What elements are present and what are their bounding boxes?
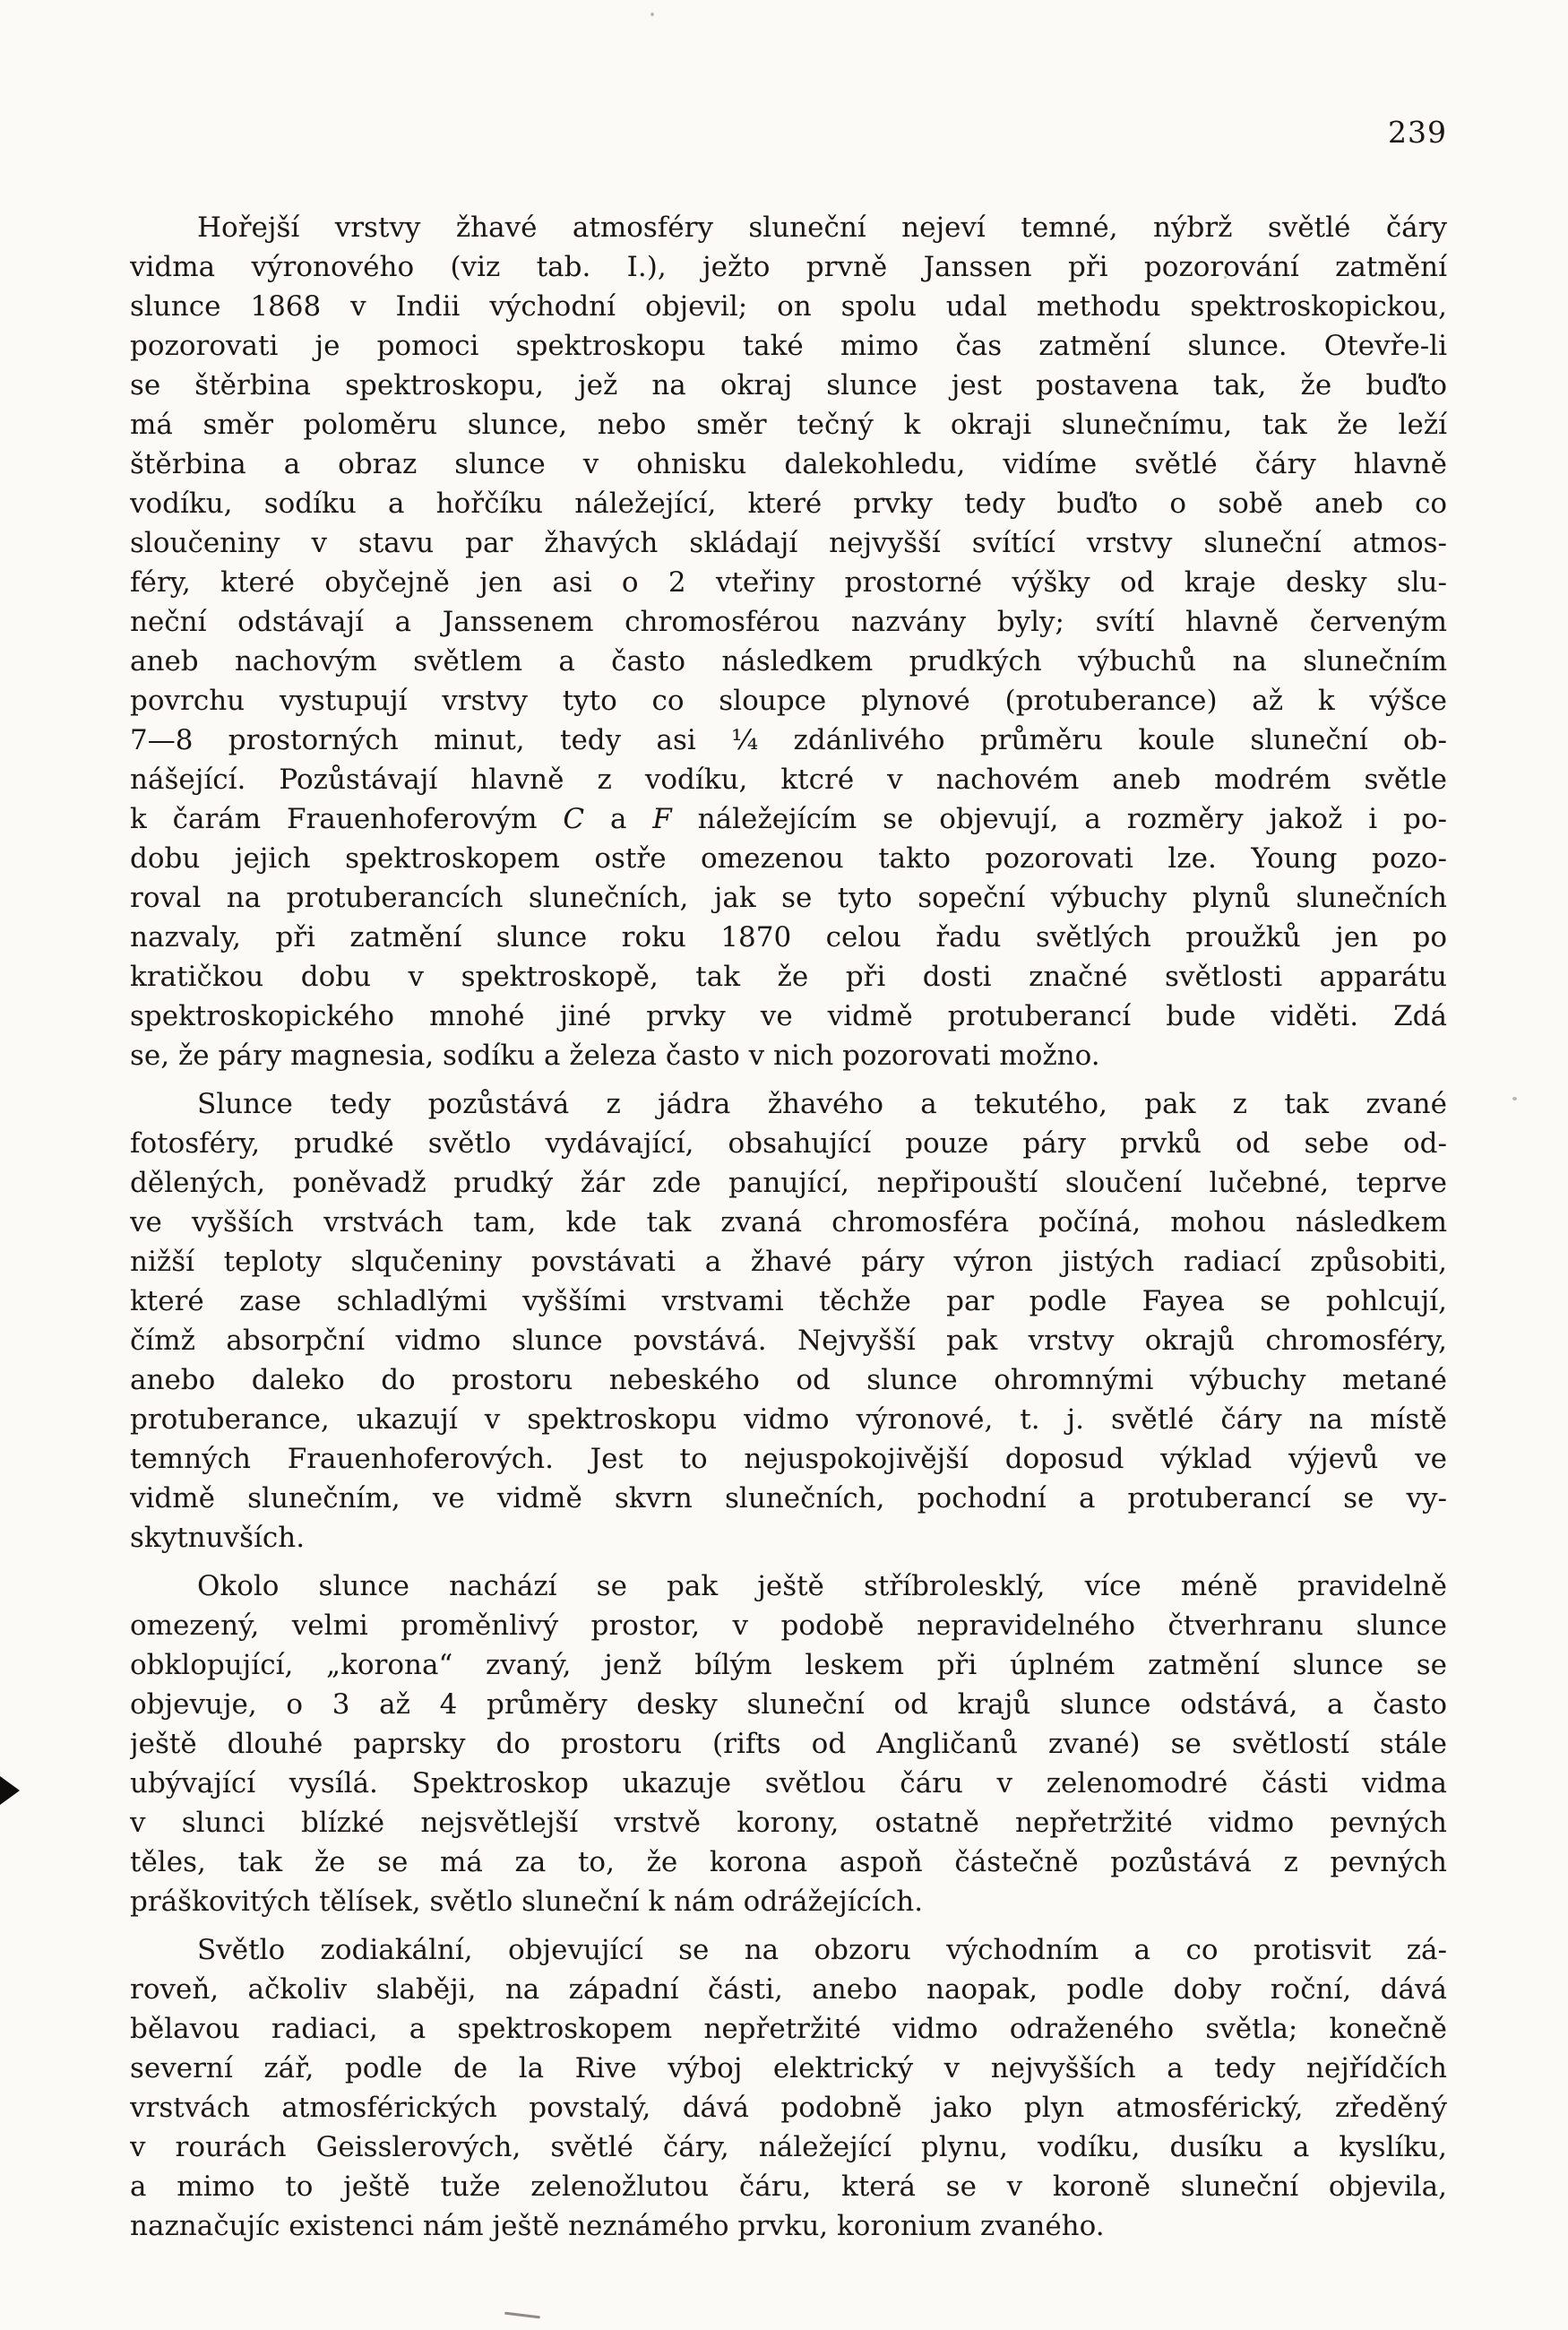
text-line: obklopující, „korona“ zvaný, jenž bílým … <box>130 1645 1447 1685</box>
text-line: roval na protuberancích slunečních, jak … <box>130 878 1447 918</box>
scan-artifact-bottom-mark <box>504 2312 540 2319</box>
text-line: spektroskopického mnohé jiné prvky ve vi… <box>130 997 1447 1036</box>
text-line: objevuje, o 3 až 4 průměry desky slunečn… <box>130 1685 1447 1724</box>
text-line: slunce 1868 v Indii východní objevil; on… <box>130 287 1447 326</box>
text-line: vidmě slunečním, ve vidmě skvrn sluneční… <box>130 1479 1447 1518</box>
text-line: bělavou radiaci, a spektroskopem nepřetr… <box>130 2009 1447 2049</box>
book-page: { "page": { "number": "239", "paper_colo… <box>0 0 1568 2330</box>
text-line: vrstvách atmosférických povstalý, dává p… <box>130 2088 1447 2127</box>
paragraph: Světlo zodiakální, objevující se na obzo… <box>130 1930 1447 2246</box>
text-block: Hořejší vrstvy žhavé atmosféry sluneční … <box>130 208 1447 2246</box>
text-line: nášející. Pozůstávají hlavně z vodíku, k… <box>130 760 1447 799</box>
paragraph: Okolo slunce nachází se pak ještě stříbr… <box>130 1566 1447 1921</box>
text-line: štěrbina a obraz slunce v ohnisku daleko… <box>130 444 1447 484</box>
text-line: kratičkou dobu v spektroskopě, tak že př… <box>130 957 1447 997</box>
text-line: anebo daleko do prostoru nebeského od sl… <box>130 1360 1447 1400</box>
text-line: Okolo slunce nachází se pak ještě stříbr… <box>130 1566 1447 1606</box>
scan-speck <box>1224 276 1227 279</box>
text-line: v slunci blízké nejsvětlejší vrstvě koro… <box>130 1803 1447 1842</box>
text-line: a mimo to ještě tuže zelenožlutou čáru, … <box>130 2167 1447 2206</box>
text-line: vidma výronového (viz tab. I.), ježto pr… <box>130 247 1447 287</box>
text-line: nazvaly, při zatmění slunce roku 1870 ce… <box>130 918 1447 957</box>
text-line: těles, tak že se má za to, že korona asp… <box>130 1842 1447 1882</box>
text-line: Světlo zodiakální, objevující se na obzo… <box>130 1930 1447 1970</box>
text-line: temných Frauenhoferových. Jest to nejusp… <box>130 1439 1447 1479</box>
text-line: k čarám Frauenhoferovým C a F náležející… <box>130 799 1447 839</box>
text-line: 7—8 prostorných minut, tedy asi ¼ zdánli… <box>130 721 1447 760</box>
text-line: omezený, velmi proměnlivý prostor, v pod… <box>130 1606 1447 1645</box>
text-line: povrchu vystupují vrstvy tyto co sloupce… <box>130 681 1447 721</box>
text-line: Hořejší vrstvy žhavé atmosféry sluneční … <box>130 208 1447 247</box>
text-line: se, že páry magnesia, sodíku a železa ča… <box>130 1036 1447 1075</box>
text-line: roveň, ačkoliv slaběji, na západní části… <box>130 1970 1447 2009</box>
text-line: fotosféry, prudké světlo vydávající, obs… <box>130 1124 1447 1163</box>
text-line: protuberance, ukazují v spektroskopu vid… <box>130 1400 1447 1439</box>
text-line: pozorovati je pomoci spektroskopu také m… <box>130 326 1447 366</box>
text-line: práškovitých tělísek, světlo sluneční k … <box>130 1882 1447 1921</box>
text-line: skytnuvších. <box>130 1518 1447 1558</box>
text-line: ubývající vysílá. Spektroskop ukazuje sv… <box>130 1764 1447 1803</box>
paragraph: Slunce tedy pozůstává z jádra žhavého a … <box>130 1084 1447 1558</box>
text-line: v rourách Geisslerových, světlé čáry, ná… <box>130 2127 1447 2167</box>
text-line: nižší teploty slqučeniny povstávati a žh… <box>130 1242 1447 1281</box>
text-line: sloučeniny v stavu par žhavých skládají … <box>130 523 1447 563</box>
scan-artifact-triangle <box>0 1776 20 1805</box>
text-line: ještě dlouhé paprsky do prostoru (rifts … <box>130 1724 1447 1764</box>
text-line: má směr poloměru slunce, nebo směr tečný… <box>130 405 1447 444</box>
page-number: 239 <box>1388 115 1447 150</box>
text-line: neční odstávají a Janssenem chromosférou… <box>130 602 1447 642</box>
text-line: féry, které obyčejně jen asi o 2 vteřiny… <box>130 563 1447 602</box>
text-line: Slunce tedy pozůstává z jádra žhavého a … <box>130 1084 1447 1124</box>
text-line: dělených, poněvadž prudký žár zde panují… <box>130 1163 1447 1203</box>
text-line: dobu jejich spektroskopem ostře omezenou… <box>130 839 1447 878</box>
text-line: aneb nachovým světlem a často následkem … <box>130 642 1447 681</box>
text-line: severní zář, podle de la Rive výboj elek… <box>130 2049 1447 2088</box>
scan-speck <box>650 13 654 16</box>
text-line: ve vyšších vrstvách tam, kde tak zvaná c… <box>130 1203 1447 1242</box>
text-line: se štěrbina spektroskopu, jež na okraj s… <box>130 366 1447 405</box>
text-line: čímž absorpční vidmo slunce povstává. Ne… <box>130 1321 1447 1360</box>
text-line: naznačujíc existenci nám ještě neznámého… <box>130 2206 1447 2246</box>
paragraph: Hořejší vrstvy žhavé atmosféry sluneční … <box>130 208 1447 1075</box>
text-line: které zase schladlými vyššími vrstvami t… <box>130 1281 1447 1321</box>
text-line: vodíku, sodíku a hořčíku náležející, kte… <box>130 484 1447 523</box>
scan-speck <box>1512 1097 1517 1100</box>
